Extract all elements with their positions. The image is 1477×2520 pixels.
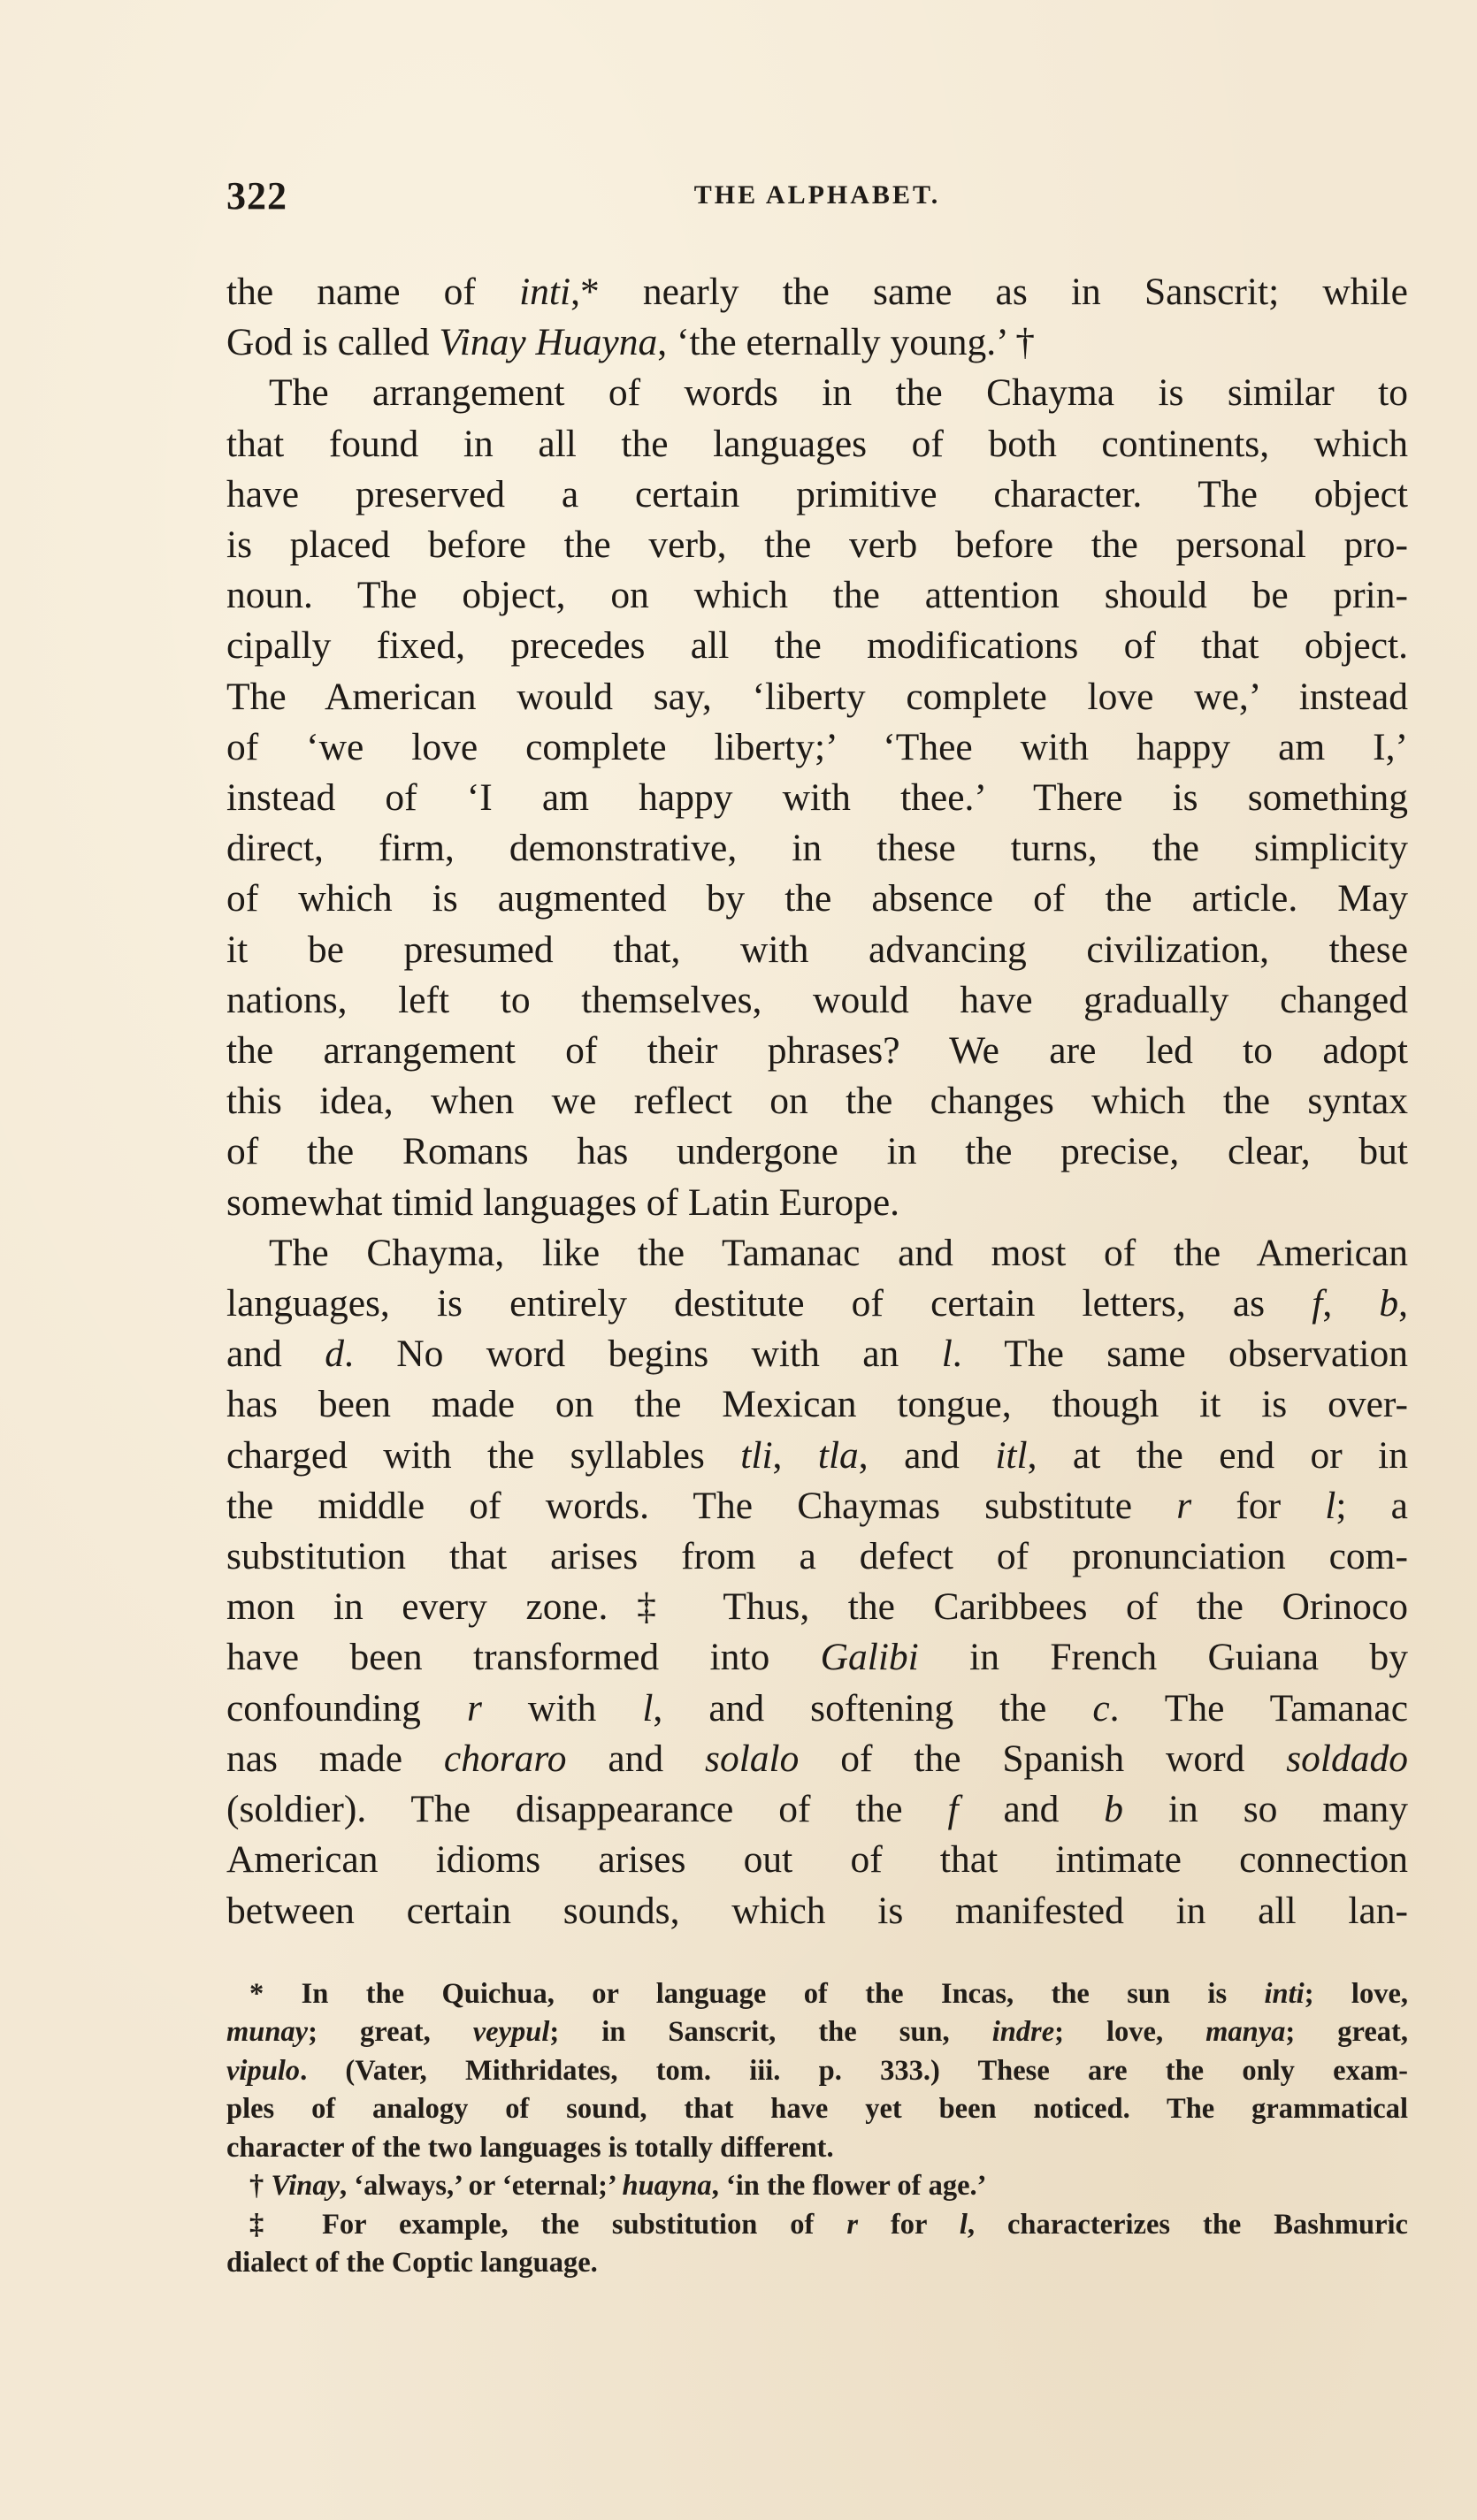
text-line: the name of inti,* nearly the same as in… (226, 267, 1408, 317)
footnote-line: character of the two languages is totall… (226, 2129, 1408, 2168)
running-head: THE ALPHABET. (226, 180, 1408, 210)
text-line: of which is augmented by the absence of … (226, 874, 1408, 924)
text-line: The American would say, ‘liberty complet… (226, 672, 1408, 722)
text-line: and d. No word begins with an l. The sam… (226, 1329, 1408, 1379)
footnote: ‡ For example, the substitution of r for… (226, 2206, 1408, 2283)
footnote-line: munay; great, veypul; in Sanscrit, the s… (226, 2013, 1408, 2052)
text-line: this idea, when we reflect on the change… (226, 1076, 1408, 1126)
text-line: noun. The object, on which the attention… (226, 570, 1408, 621)
text-line: substitution that arises from a defect o… (226, 1531, 1408, 1582)
page-header: 322 THE ALPHABET. (226, 173, 1408, 226)
footnote: † Vinay, ‘always,’ or ‘eternal;’ huayna,… (226, 2167, 1408, 2206)
text-line: have been transformed into Galibi in Fre… (226, 1632, 1408, 1683)
text-line: has been made on the Mexican tongue, tho… (226, 1379, 1408, 1430)
footnote-line: vipulo. (Vater, Mithridates, tom. iii. p… (226, 2052, 1408, 2091)
text-line: direct, firm, demonstrative, in these tu… (226, 823, 1408, 874)
text-line: The arrangement of words in the Chayma i… (226, 368, 1408, 418)
text-line: that found in all the languages of both … (226, 419, 1408, 470)
text-line: mon in every zone.‡ Thus, the Caribbees … (226, 1582, 1408, 1632)
text-line: the middle of words. The Chaymas substit… (226, 1481, 1408, 1531)
book-page: 322 THE ALPHABET. the name of inti,* nea… (226, 173, 1408, 2283)
footnote-line: † Vinay, ‘always,’ or ‘eternal;’ huayna,… (226, 2167, 1408, 2206)
text-line: confounding r with l, and softening the … (226, 1684, 1408, 1734)
text-line: languages, is entirely destitute of cert… (226, 1279, 1408, 1329)
text-line: The Chayma, like the Tamanac and most of… (226, 1228, 1408, 1279)
footnote-line: dialect of the Coptic language. (226, 2244, 1408, 2283)
footnote-line: * In the Quichua, or language of the Inc… (226, 1975, 1408, 2014)
footnote: * In the Quichua, or language of the Inc… (226, 1975, 1408, 2168)
text-line: it be presumed that, with advancing civi… (226, 925, 1408, 975)
paragraph: The arrangement of words in the Chayma i… (226, 368, 1408, 1227)
text-line: God is called Vinay Huayna, ‘the eternal… (226, 317, 1408, 368)
text-line: somewhat timid languages of Latin Europe… (226, 1178, 1408, 1228)
text-line: between certain sounds, which is manifes… (226, 1886, 1408, 1936)
text-line: of ‘we love complete liberty;’ ‘Thee wit… (226, 722, 1408, 773)
footnote-line: ‡ For example, the substitution of r for… (226, 2206, 1408, 2245)
text-line: American idioms arises out of that intim… (226, 1835, 1408, 1885)
text-line: nations, left to themselves, would have … (226, 975, 1408, 1026)
text-line: (soldier). The disappearance of the f an… (226, 1784, 1408, 1835)
text-line: charged with the syllables tli, tla, and… (226, 1431, 1408, 1481)
paragraph: The Chayma, like the Tamanac and most of… (226, 1228, 1408, 1936)
text-line: nas made choraro and solalo of the Spani… (226, 1734, 1408, 1784)
footnotes: * In the Quichua, or language of the Inc… (226, 1975, 1408, 2283)
text-line: of the Romans has undergone in the preci… (226, 1126, 1408, 1177)
footnote-line: ples of analogy of sound, that have yet … (226, 2090, 1408, 2129)
paragraph: the name of inti,* nearly the same as in… (226, 267, 1408, 368)
text-line: the arrangement of their phrases? We are… (226, 1026, 1408, 1076)
text-line: cipally fixed, precedes all the modifica… (226, 621, 1408, 671)
text-line: instead of ‘I am happy with thee.’ There… (226, 773, 1408, 823)
body-text: the name of inti,* nearly the same as in… (226, 267, 1408, 1936)
text-line: have preserved a certain primitive chara… (226, 470, 1408, 520)
text-line: is placed before the verb, the verb befo… (226, 520, 1408, 570)
